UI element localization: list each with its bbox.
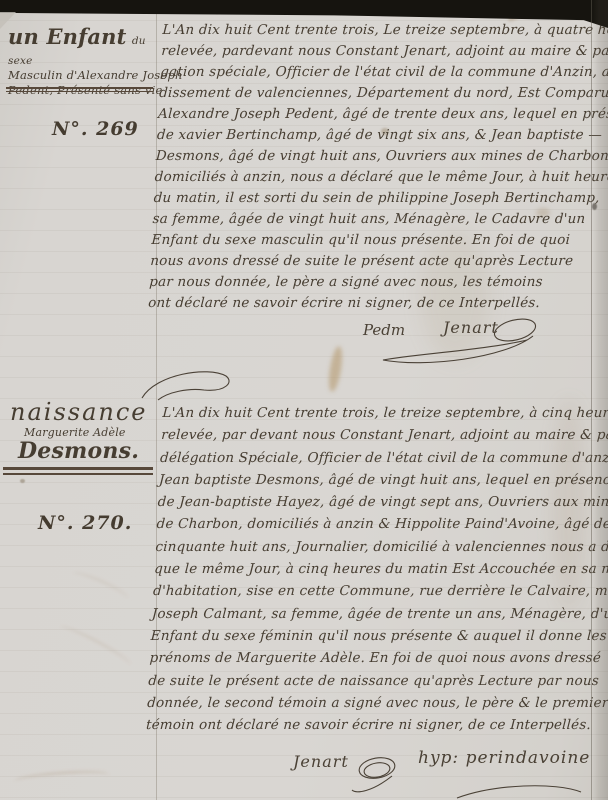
act-text-line: L'An dix huit Cent trente trois, le trei… — [162, 402, 603, 424]
entry1-margin-underline — [6, 87, 153, 92]
act-text-line: de Charbon, domiciliés à anzin & Hippoli… — [156, 513, 597, 535]
entry2-act-text: L'An dix huit Cent trente trois, le trei… — [145, 402, 603, 736]
act-text-line: relevée, pardevant nous Constant Jenart,… — [161, 41, 602, 62]
act-text-line: que le même Jour, à cinq heures du matin… — [154, 558, 595, 580]
act-text-line: Joseph Calmant, sa femme, âgée de trente… — [151, 603, 592, 625]
act-text-line: Enfant du sexe masculin qu'il nous prése… — [151, 230, 592, 251]
act-text-line: donnée, le second témoin a signé avec no… — [147, 692, 588, 714]
act-text-line: dissement de valenciennes, Département d… — [159, 83, 600, 104]
act-text-line: par nous donnée, le père a signé avec no… — [149, 272, 590, 293]
ink-bleedthrough — [14, 769, 110, 788]
act-text-line: de suite le présent acte de naissance qu… — [148, 670, 589, 692]
entry1-act-number: N°. 269 — [52, 118, 139, 140]
act-text-line: témoin ont déclaré ne savoir écrire ni s… — [145, 714, 586, 736]
act-text-line: prénoms de Marguerite Adèle. En foi de q… — [149, 647, 590, 669]
act-text-line: relevée, par devant nous Constant Jenart… — [161, 424, 602, 446]
act-text-line: Alexandre Joseph Pedent, âgé de trente d… — [157, 104, 598, 125]
entry1-margin-title: un Enfant — [8, 24, 127, 49]
act-text-line: d'habitation, sise en cette Commune, rue… — [152, 580, 593, 602]
entry2-margin-underline — [3, 467, 153, 475]
signature-flourish-icon — [455, 782, 585, 800]
act-text-line: domiciliés à anzin, nous a déclaré que l… — [154, 167, 595, 188]
entry1-act-text: L'An dix huit Cent trente trois, Le trei… — [148, 20, 603, 314]
act-text-line: ont déclaré ne savoir écrire ni signer, … — [148, 293, 589, 314]
act-text-line: cinquante huit ans, Journalier, domicili… — [155, 536, 596, 558]
act-text-line: nous avons dressé de suite le présent ac… — [150, 251, 591, 272]
act-text-line: délégation Spéciale, Officier de l'état … — [159, 447, 600, 469]
ink-bleedthrough — [70, 568, 130, 603]
act-text-line: gation spéciale, Officier de l'état civi… — [160, 62, 601, 83]
signature-jenart: Jenart — [293, 752, 349, 771]
signature-paraph-icon — [352, 750, 412, 795]
act-text-line: de Jean-baptiste Hayez, âgé de vingt sep… — [157, 491, 598, 513]
act-text-line: sa femme, âgée de vingt huit ans, Ménagè… — [152, 209, 593, 230]
entry2-act-number: N°. 270. — [38, 512, 132, 534]
act-text-line: de xavier Bertinchamp, âgé de vingt six … — [156, 125, 597, 146]
document-page: un Enfant du sexe Masculin d'Alexandre J… — [0, 0, 608, 800]
signature-paindavoine: hyp: perindavoine — [418, 748, 590, 768]
act-text-line: du matin, il est sorti du sein de philip… — [153, 188, 594, 209]
entry1-margin-line2: Masculin d'Alexandre Joseph — [8, 68, 156, 83]
entry2-margin-note: naissance Marguerite Adèle Desmons. — [10, 398, 156, 463]
act-text-line: L'An dix huit Cent trente trois, Le trei… — [162, 20, 603, 41]
entry2-margin-title: naissance — [10, 398, 156, 426]
stain-speck — [20, 479, 25, 483]
act-text-line: Jean baptiste Desmons, âgé de vingt huit… — [158, 469, 599, 491]
flourish-capital-icon — [138, 366, 238, 404]
stain-streak — [326, 345, 344, 392]
act-text-line: Enfant du sexe féminin qu'il nous présen… — [150, 625, 591, 647]
entry1-margin-line1: un Enfant du sexe — [8, 24, 156, 68]
page-right-edge — [591, 0, 608, 800]
entry2-margin-surname: Desmons. — [18, 439, 156, 463]
signature-paraph-icon — [365, 316, 565, 371]
act-text-line: Desmons, âgé de vingt huit ans, Ouvriers… — [155, 146, 596, 167]
ink-bleedthrough — [57, 622, 133, 670]
